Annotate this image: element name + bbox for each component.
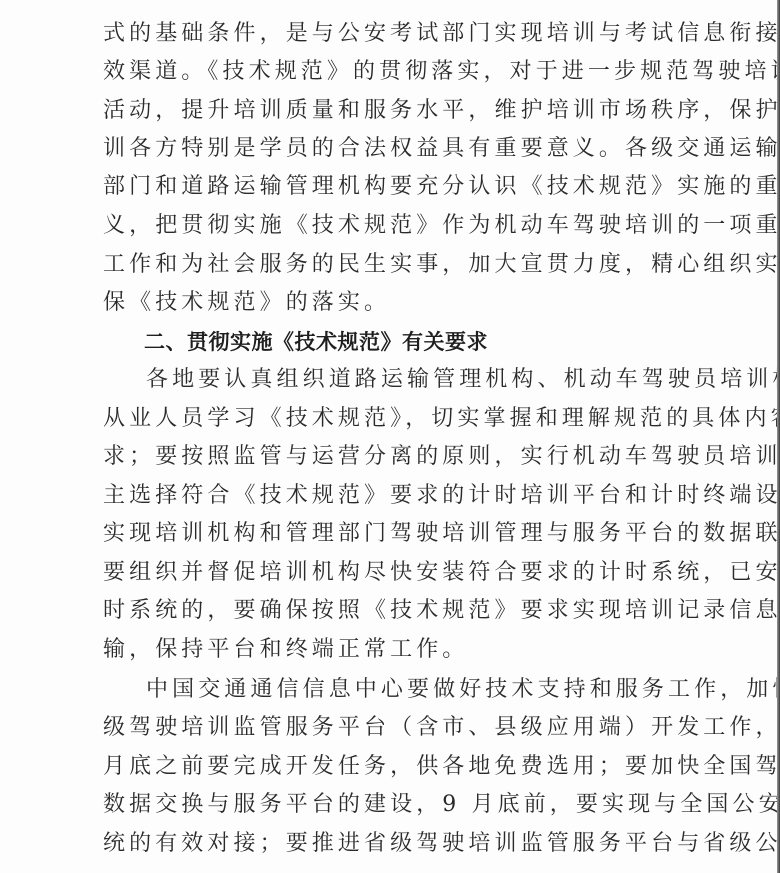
text-line: 中国交通通信信息中心要做好技术支持和服务工作，加快省 [146,675,679,705]
text-line: 主选择符合《技术规范》要求的计时培训平台和计时终端设备，并 [103,481,679,511]
text-line: 从业人员学习《技术规范》，切实掌握和理解规范的具体内容和要 [103,404,679,434]
text-line: 月底之前要完成开发任务，供各地免费选用；要加快全国驾驶培训 [103,752,679,782]
text-line: 活动，提升培训质量和服务水平，维护培训市场秩序，保护驾驶培 [103,96,679,126]
text-line: 保《技术规范》的落实。 [103,288,679,318]
text-line: 求；要按照监管与运营分离的原则，实行机动车驾驶员培训机构自 [103,442,679,472]
text-line: 级驾驶培训监管服务平台（含市、县级应用端）开发工作，2016 年 6 [103,713,679,743]
text-line: 统的有效对接；要推进省级驾驶培训监管服务平台与省级公安考 [103,829,679,859]
text-line: 效渠道。《技术规范》的贯彻落实，对于进一步规范驾驶培训经营 [103,57,679,87]
document-page: 式的基础条件，是与公安考试部门实现培训与考试信息衔接的有 效渠道。《技术规范》的… [0,0,780,873]
text-line: 训各方特别是学员的合法权益具有重要意义。各级交通运输主管 [103,134,679,164]
text-line: 实现培训机构和管理部门驾驶培训管理与服务平台的数据联网； [103,519,679,549]
text-line: 输，保持平台和终端正常工作。 [103,635,679,665]
text-line: 数据交换与服务平台的建设，9 月底前，要实现与全国公安考试系 [103,790,679,820]
text-line: 时系统的，要确保按照《技术规范》要求实现培训记录信息有效传 [103,596,679,626]
text-line: 部门和道路运输管理机构要充分认识《技术规范》实施的重要意 [103,172,679,202]
text-line: 义，把贯彻实施《技术规范》作为机动车驾驶培训的一项重要基础 [103,211,679,241]
text-line: 各地要认真组织道路运输管理机构、机动车驾驶员培训机构 [146,365,679,395]
text-line: 工作和为社会服务的民生实事，加大宣贯力度，精心组织实施，确 [103,250,679,280]
text-line: 式的基础条件，是与公安考试部门实现培训与考试信息衔接的有 [103,19,679,49]
section-heading: 二、贯彻实施《技术规范》有关要求 [144,327,488,357]
text-line: 要组织并督促培训机构尽快安装符合要求的计时系统，已安装计 [103,558,679,588]
